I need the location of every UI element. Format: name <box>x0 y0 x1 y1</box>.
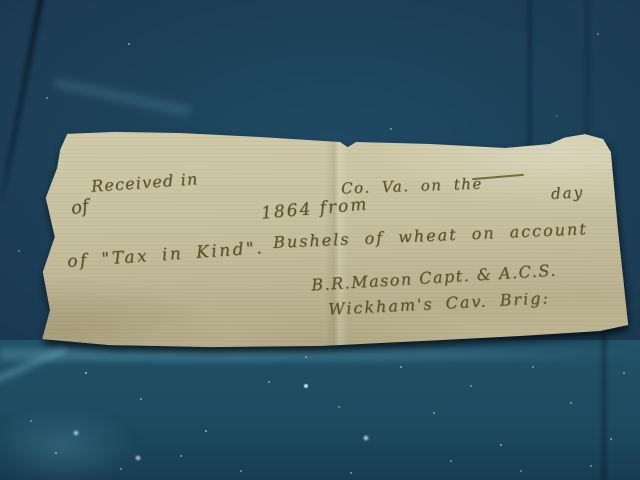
fabric-fold-right-2 <box>586 0 589 140</box>
handwriting-1864-from: 1864 from <box>260 194 369 223</box>
bright-dust-specks <box>0 0 2 2</box>
photo-scene: Received in Co. Va. on the day of 1864 f… <box>0 0 640 480</box>
receipt-paper: Received in Co. Va. on the day of 1864 f… <box>35 127 633 350</box>
receipt-document: Received in Co. Va. on the day of 1864 f… <box>35 127 633 350</box>
handwriting-of: of <box>70 196 90 219</box>
fabric-fold-highlight-left <box>52 78 191 117</box>
handwriting-tax-in-kind: of "Tax in Kind". <box>67 238 265 272</box>
handwriting-received-in: Received in <box>90 169 199 195</box>
fabric-background <box>0 340 640 480</box>
handwriting-unit: Wickham's Cav. Brig: <box>328 288 551 319</box>
handwriting-day: day <box>551 183 585 203</box>
handwriting-bushels-of-wheat: Bushels of wheat on account <box>273 219 588 252</box>
